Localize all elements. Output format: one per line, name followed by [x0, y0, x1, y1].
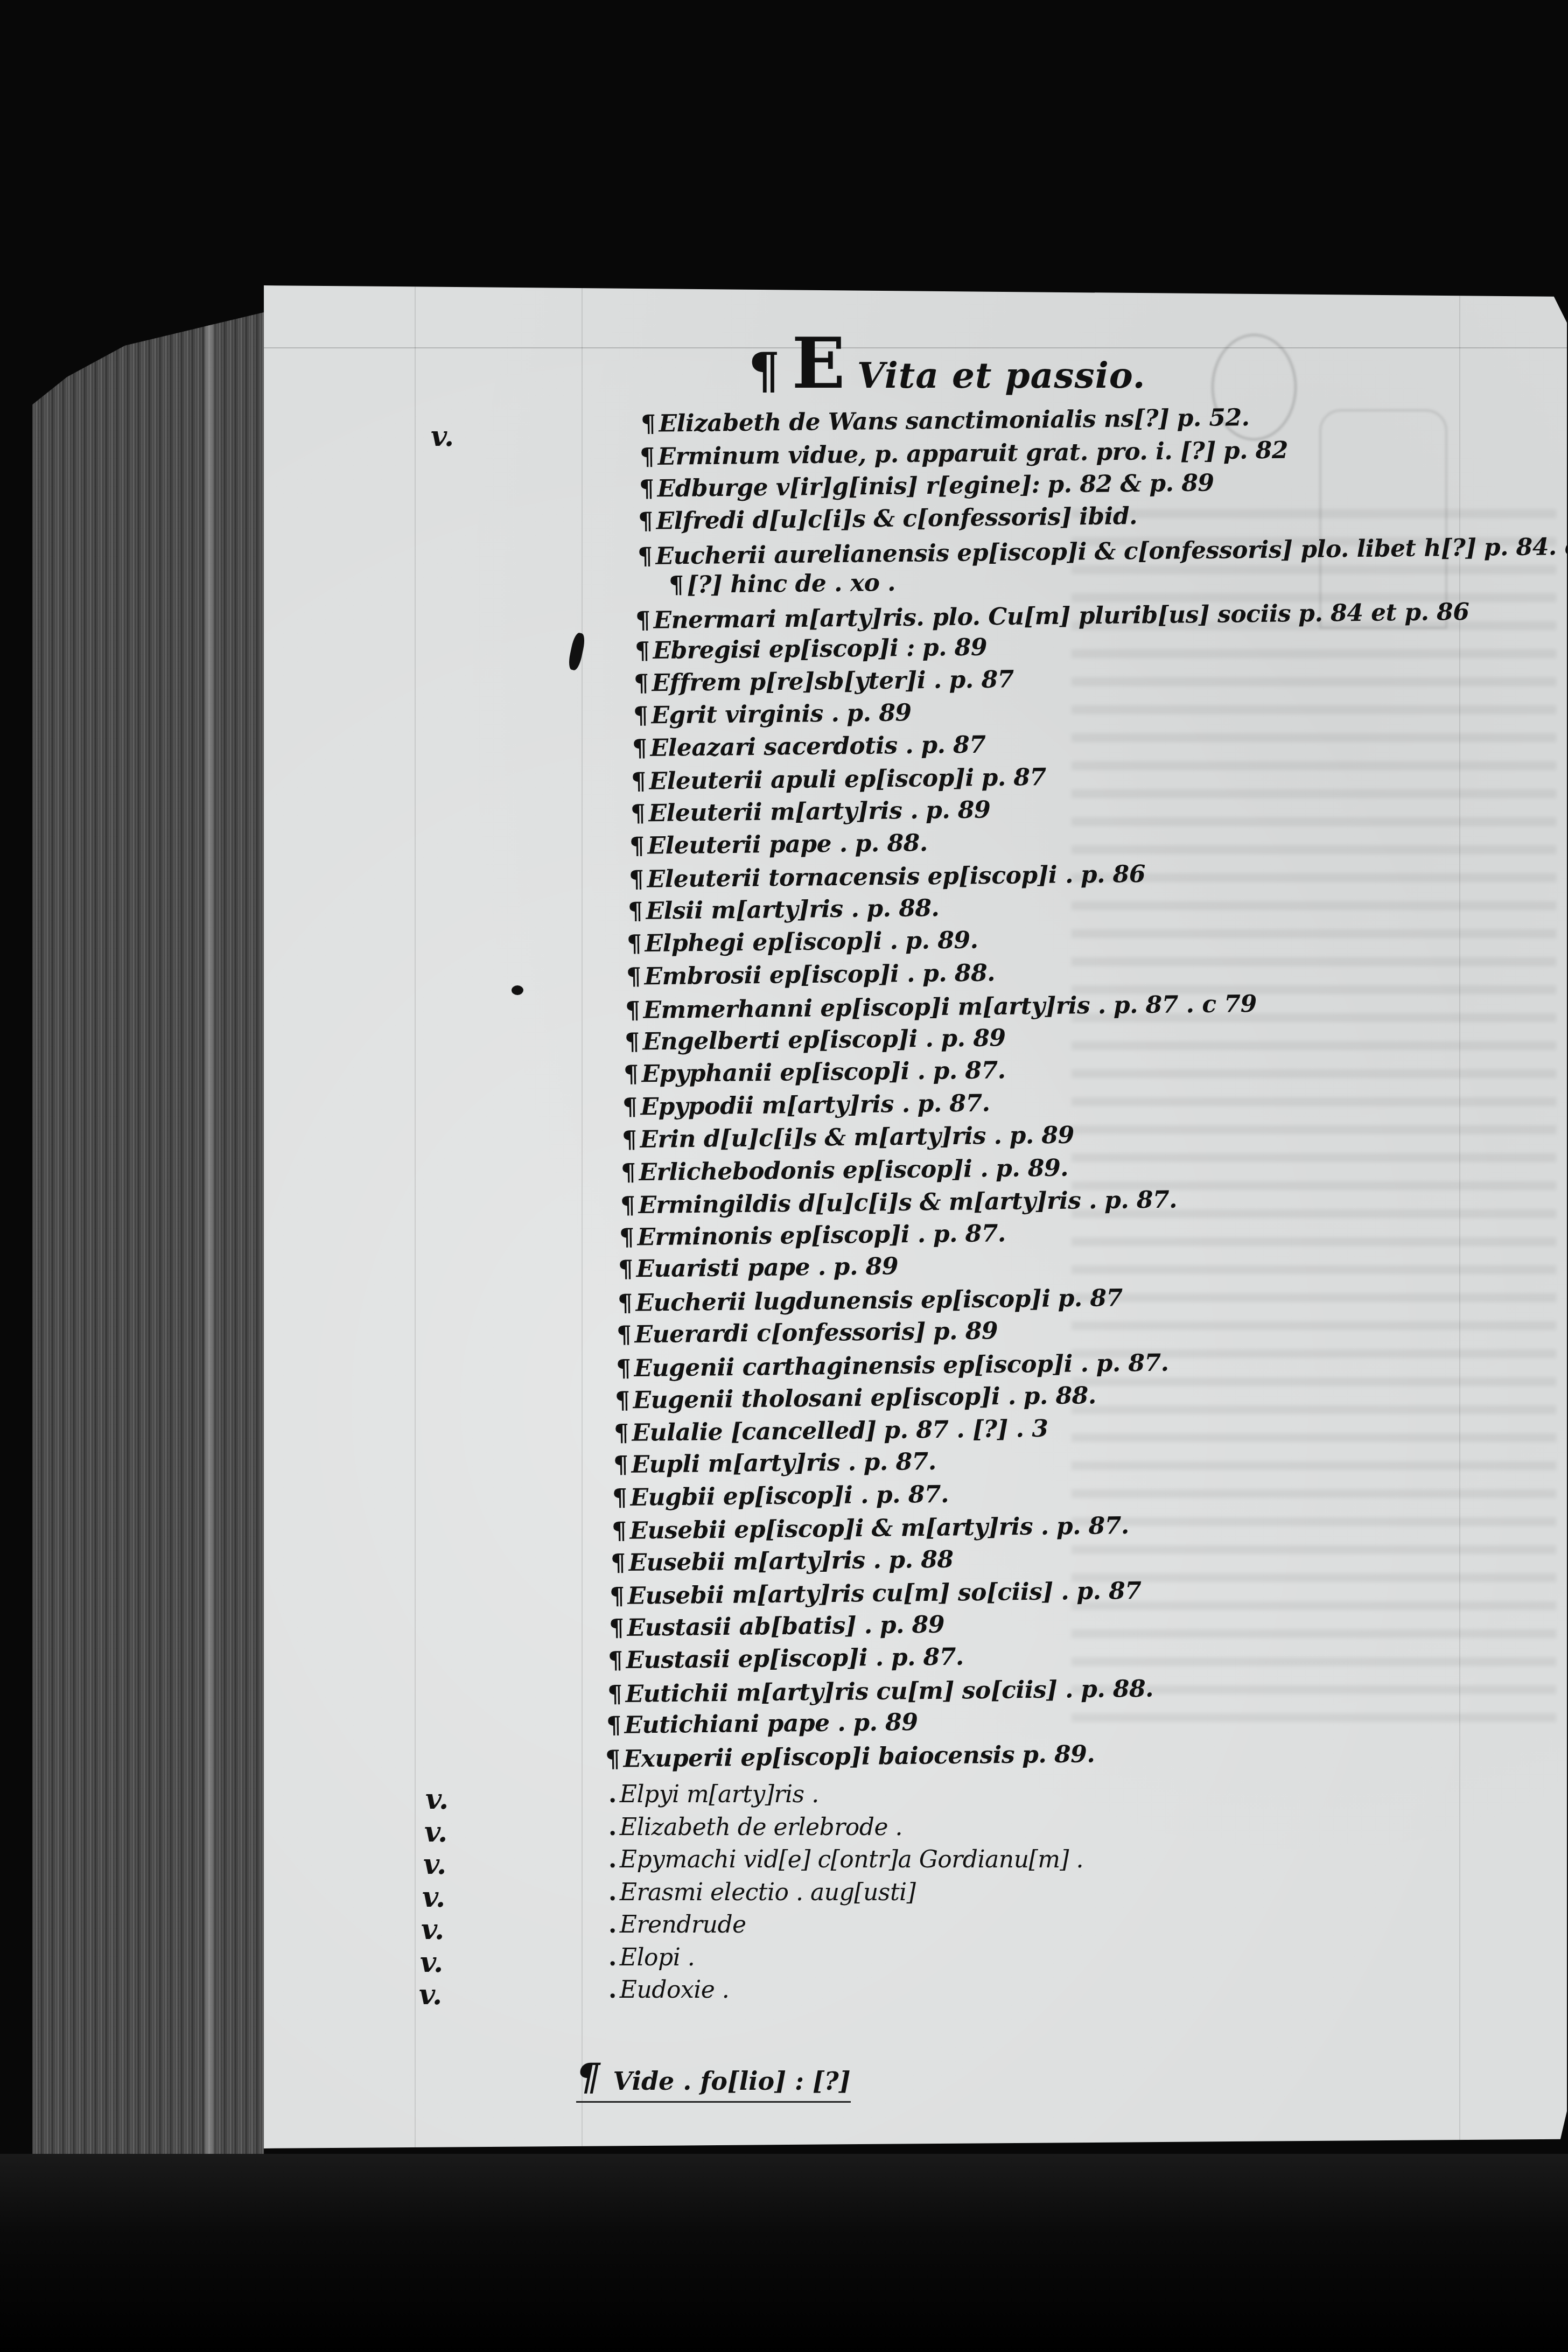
entry-name: Eugbii ep[iscop]i . [630, 1481, 869, 1511]
index-entry: ¶Eleuterii tornacensis ep[iscop]i .p. 86 [629, 863, 1145, 892]
index-entry: ¶Eusebii m[arty]ris .p. 88 [611, 1548, 954, 1576]
index-entry: ¶Eusebii m[arty]ris cu[m] so[ciis] .p. 8… [610, 1579, 1142, 1608]
pilcrow-icon: ¶ [748, 346, 780, 395]
pilcrow-icon: ¶ [620, 1192, 635, 1219]
entry-name: Elizabeth de erlebrode . [620, 1814, 902, 1841]
entry-page-ref: p. 87. [933, 1220, 1005, 1248]
entry-page-ref: p. 88. [855, 829, 927, 857]
entry-name: Emmerhanni ep[iscop]i m[arty]ris . [643, 992, 1106, 1024]
entry-name: Edburge v[ir]g[inis] r[egine]: [657, 471, 1040, 502]
entry-name: Erin d[u]c[i]s & m[arty]ris . [640, 1122, 1002, 1153]
entry-name: Eleuterii apuli ep[iscop]i [649, 764, 974, 795]
entry-name: Eleazari sacerdotis . [650, 732, 913, 762]
pilcrow-icon: ¶ [610, 1583, 625, 1610]
pilcrow-icon: ¶ [608, 1647, 623, 1674]
entry-name: Eucherii lugdunensis ep[iscop]i [635, 1285, 1051, 1317]
entry-name: Epymachi vid[e] c[ontr]a Gordianu[m] . [620, 1846, 1083, 1873]
margin-note: v. [421, 1913, 444, 1946]
entry-page-ref: p. 89 [880, 1611, 945, 1639]
entry-page-ref: p. 88. [866, 894, 939, 922]
pilcrow-icon: ¶ [631, 800, 646, 827]
index-entry: ¶Engelberti ep[iscop]i .p. 89 [625, 1026, 1006, 1054]
pilcrow-icon: ¶ [617, 1321, 632, 1348]
entry-name: Erendrude [620, 1911, 746, 1938]
pilcrow-icon: ¶ [635, 637, 650, 664]
ink-blot [512, 985, 523, 995]
index-entry: ¶Eleuterii apuli ep[iscop]ip. 87 [631, 766, 1046, 794]
entry-page-ref: p. 87. [933, 1056, 1005, 1084]
entry-name: Eleuterii tornacensis ep[iscop]i . [647, 861, 1073, 893]
dark-background [0, 2154, 1568, 2352]
index-entry: ¶Edburge v[ir]g[inis] r[egine]:p. 82 & p… [639, 471, 1214, 501]
pilcrow-icon: ¶ [612, 1484, 627, 1511]
index-entry: ¶Embrosii ep[iscop]i .p. 88. [626, 961, 995, 989]
pilcrow-icon: ¶ [618, 1290, 633, 1317]
entry-page-ref: p. 89 [833, 1252, 898, 1280]
index-entry: ¶Erin d[u]c[i]s & m[arty]ris .p. 89 [622, 1124, 1074, 1152]
index-entry: ¶Eupli m[arty]ris .p. 87. [613, 1450, 936, 1477]
entry-page-ref: p. 84. et p. 89. [1483, 532, 1568, 562]
index-entry: ¶Egrit virginis .p. 89 [633, 701, 912, 727]
entry-name: Eulalie [cancelled] [632, 1417, 876, 1447]
pilcrow-icon: ¶ [605, 1745, 620, 1773]
entry-name: Elizabeth de Wans sanctimonialis ns[?] [659, 405, 1170, 438]
pilcrow-icon: ¶ [615, 1387, 630, 1414]
index-entry: ¶Eugenii carthaginensis ep[iscop]i .p. 8… [616, 1352, 1169, 1381]
index-entry: ¶Eugbii ep[iscop]i .p. 87. [612, 1483, 949, 1510]
entry-page-ref: p. 89. [996, 1154, 1068, 1182]
entry-name: Eleuterii m[arty]ris . [648, 797, 918, 827]
initial-letter: E [792, 328, 845, 398]
index-entry: ¶Eucherii lugdunensis ep[iscop]ip. 87 [618, 1286, 1123, 1315]
margin-note: v. [424, 1816, 447, 1849]
unreferenced-entry: .Erasmi electio . aug[usti] [608, 1881, 915, 1905]
pilcrow-icon: ¶ [669, 571, 684, 599]
entry-name: Erasmi electio . aug[usti] [620, 1879, 915, 1906]
entry-name: Eutichiani pape . [624, 1709, 845, 1739]
entry-page-ref: p. 89 [846, 699, 912, 727]
entry-page-ref: p. 89. [1022, 1740, 1095, 1768]
entry-page-ref: p. 87. [1056, 1512, 1129, 1540]
dot-marker: . [608, 1976, 617, 2004]
index-entry: ¶Eleuterii pape .p. 88. [629, 831, 928, 858]
unreferenced-entry: .Elpyi m[arty]ris . [608, 1783, 819, 1807]
entry-name: Eupli m[arty]ris . [631, 1448, 856, 1478]
pilcrow-icon: ¶ [614, 1419, 629, 1447]
index-entry: ¶Elphegi ep[iscop]i .p. 89. [627, 929, 978, 956]
margin-note: v. [419, 1978, 442, 2011]
pilcrow-icon: ¶ [629, 866, 644, 893]
entry-name: Elpyi m[arty]ris . [620, 1781, 819, 1808]
unreferenced-entry: .Eudoxie . [608, 1978, 729, 2002]
entry-name: Eutichii m[arty]ris cu[m] so[ciis] . [625, 1676, 1073, 1708]
pilcrow-icon: ¶ [627, 930, 642, 957]
entry-page-ref: p. 87. [863, 1448, 936, 1476]
photograph-scene: ¶ E Vita et passio. ¶Elizabeth de Wans s… [0, 0, 1568, 2352]
margin-note: v. [431, 420, 454, 453]
pilcrow-icon: ¶ [606, 1712, 621, 1739]
pilcrow-icon: ¶ [612, 1517, 627, 1545]
entry-page-ref: p. 89 [922, 634, 988, 662]
entry-page-ref: p. 89. [905, 927, 978, 955]
unreferenced-entry: .Elizabeth de erlebrode . [608, 1816, 902, 1839]
entry-name: Eusebii ep[iscop]i & m[arty]ris . [629, 1513, 1049, 1545]
pilcrow-icon: ¶ [625, 1028, 640, 1055]
entry-page-ref: p. 87 [1058, 1284, 1123, 1312]
index-entry: ¶Elsii m[arty]ris .p. 88. [628, 897, 940, 923]
entry-name: Epypodii m[arty]ris . [640, 1090, 910, 1121]
entry-page-ref: p. 84 et p. 86 [1298, 598, 1469, 627]
dot-marker: . [608, 1781, 617, 1808]
index-entry: ¶Epyphanii ep[iscop]i .p. 87. [624, 1059, 1006, 1086]
margin-note: v. [423, 1848, 446, 1881]
entry-name: Eugenii carthaginensis ep[iscop]i . [634, 1350, 1089, 1382]
pilcrow-icon: ¶ [616, 1355, 631, 1382]
pilcrow-icon: ¶ [622, 1093, 638, 1121]
entry-name: Engelberti ep[iscop]i . [642, 1025, 933, 1056]
pilcrow-icon: ¶ [624, 1060, 639, 1088]
pilcrow-icon: ¶ [609, 1614, 624, 1642]
entry-name: [?] hinc de . xo . [687, 569, 895, 599]
entry-page-ref: p. 87 [1076, 1577, 1142, 1605]
index-entry: ¶Eleuterii m[arty]ris .p. 89 [631, 799, 991, 826]
index-entry: ¶Eulalie [cancelled]p. 87 . [?] . 3 [614, 1417, 1048, 1445]
index-entry: ¶Eugenii tholosani ep[iscop]i .p. 88. [615, 1384, 1096, 1412]
index-entry: ¶Elfredi d[u]c[i]s & c[onfessoris]ibid. [638, 505, 1137, 534]
entry-page-ref: p. 87. [1096, 1349, 1168, 1377]
entry-name: Eleuterii pape . [647, 830, 848, 860]
entry-name: Eugenii tholosani ep[iscop]i . [633, 1383, 1016, 1414]
pilcrow-icon: ¶ [619, 1223, 634, 1251]
index-entry: ¶Ermingildis d[u]c[i]s & m[arty]ris .p. … [620, 1188, 1177, 1218]
pilcrow-icon: ¶ [607, 1681, 622, 1708]
index-entry: ¶Epypodii m[arty]ris .p. 87. [622, 1091, 990, 1119]
index-entry: ¶Erlichebodonis ep[iscop]i .p. 89. [621, 1157, 1068, 1185]
footer-cross-reference: ¶ Vide . fo[lio] : [?] [576, 2054, 851, 2103]
entry-name: Ebregisi ep[iscop]i : [653, 634, 915, 664]
dot-marker: . [608, 1911, 617, 1938]
index-entry: ¶Eusebii ep[iscop]i & m[arty]ris .p. 87. [612, 1514, 1129, 1543]
entry-name: Eudoxie . [620, 1976, 730, 2004]
margin-note: v. [422, 1881, 445, 1914]
entry-name: Elfredi d[u]c[i]s & c[onfessoris] [656, 503, 1072, 535]
margin-note: v. [425, 1783, 449, 1816]
pilcrow-icon: ¶ [631, 768, 646, 795]
entry-name: Eustasii ep[iscop]i . [626, 1644, 884, 1674]
ruling-line [582, 285, 583, 2148]
pilcrow-icon: ¶ [621, 1159, 636, 1186]
pilcrow-icon: ¶ [639, 475, 654, 502]
page-heading: ¶ E Vita et passio. [748, 328, 1146, 398]
entry-page-ref: p. 89 [933, 1317, 998, 1345]
entry-name: Eusebii m[arty]ris cu[m] so[ciis] . [627, 1578, 1069, 1610]
pilcrow-icon: ¶ [611, 1549, 626, 1577]
dot-marker: . [608, 1944, 617, 1971]
index-entry: ¶Emmerhanni ep[iscop]i m[arty]ris .p. 87… [625, 992, 1257, 1023]
entry-page-ref: p. 82 & p. 89 [1047, 469, 1214, 498]
entry-name: Euaristi pape . [636, 1254, 826, 1283]
entry-page-ref: p. 89 [941, 1024, 1006, 1052]
index-entry: ¶Eustasii ab[batis] .p. 89 [609, 1613, 944, 1641]
dot-marker: . [608, 1879, 617, 1906]
index-entry: ¶Effrem p[re]sb[yter]i .p. 87 [634, 668, 1014, 695]
entry-page-ref: p. 87 . c 79 [1113, 990, 1256, 1019]
entry-name: Eusebii m[arty]ris . [628, 1546, 881, 1577]
pilcrow-icon: ¶ [626, 963, 641, 990]
entry-name: Elphegi ep[iscop]i . [645, 927, 898, 957]
entry-name: Egrit virginis . [651, 700, 839, 730]
pilcrow-icon: ¶ [613, 1451, 628, 1479]
entry-page-ref: p. 87. [891, 1643, 964, 1671]
unreferenced-entry: .Erendrude [608, 1913, 746, 1937]
pilcrow-icon: ¶ [640, 443, 655, 471]
index-entry: ¶Ebregisi ep[iscop]i :p. 89 [635, 636, 987, 663]
footer-text: Vide . fo[lio] : [?] [613, 2067, 851, 2096]
entry-name: Exuperii ep[iscop]i baiocensis [623, 1741, 1014, 1773]
entry-name: Elopi . [620, 1944, 695, 1971]
manuscript-page: ¶ E Vita et passio. ¶Elizabeth de Wans s… [264, 285, 1567, 2148]
entry-page-ref: p. 87. [917, 1089, 990, 1117]
entry-name: Euerardi c[onfessoris] [634, 1318, 926, 1349]
entry-page-ref: p. 89 [853, 1709, 918, 1737]
entry-page-ref: p. 87. [876, 1481, 949, 1509]
margin-note: v. [420, 1946, 443, 1979]
index-entry: ¶Erminonis ep[iscop]i .p. 87. [619, 1222, 1006, 1250]
entry-page-ref: p. 87 [921, 731, 986, 759]
pilcrow-icon: ¶ [576, 2054, 600, 2099]
index-entry: ¶Eutichii m[arty]ris cu[m] so[ciis] .p. … [607, 1677, 1153, 1707]
entry-page-ref: p. 88. [1023, 1382, 1096, 1410]
ruling-line [415, 285, 416, 2148]
dot-marker: . [608, 1814, 617, 1841]
entry-page-ref: p. 86 [1081, 860, 1146, 888]
index-entry: ¶Euerardi c[onfessoris]p. 89 [617, 1319, 998, 1347]
pilcrow-icon: ¶ [632, 734, 647, 762]
index-entry: ¶Eustasii ep[iscop]i .p. 87. [608, 1646, 964, 1673]
unreferenced-entry: .Elopi . [608, 1946, 695, 1970]
entry-page-ref: p. 88 [888, 1546, 954, 1574]
pilcrow-icon: ¶ [634, 669, 649, 697]
pilcrow-icon: ¶ [641, 410, 656, 438]
entry-page-ref [903, 569, 904, 597]
entry-page-ref: p. 88. [1081, 1675, 1153, 1703]
bleed-through-initial-box [1319, 409, 1447, 629]
pilcrow-icon: ¶ [633, 702, 648, 729]
book-page-edges [32, 312, 264, 2159]
entry-name: Erlichebodonis ep[iscop]i . [639, 1155, 988, 1186]
index-entry: ¶Eleazari sacerdotis .p. 87 [632, 733, 986, 761]
pilcrow-icon: ¶ [638, 543, 653, 570]
entry-page-ref: p. 89 [926, 796, 991, 824]
dot-marker: . [608, 1846, 617, 1873]
entry-page-ref: p. 87 [981, 764, 1046, 792]
pilcrow-icon: ¶ [618, 1255, 633, 1283]
entry-name: Effrem p[re]sb[yter]i . [652, 667, 942, 697]
pilcrow-icon: ¶ [635, 607, 650, 634]
pilcrow-icon: ¶ [622, 1126, 637, 1153]
entry-page-ref: p. 87 . [?] . 3 [884, 1415, 1048, 1444]
entry-name: Epyphanii ep[iscop]i . [641, 1058, 926, 1088]
entry-page-ref: ibid. [1079, 502, 1137, 530]
entry-page-ref: p. 88. [922, 959, 995, 987]
entry-name: Eustasii ab[batis] . [627, 1612, 872, 1642]
heading-title: Vita et passio. [857, 354, 1146, 396]
entry-page-ref: p. 82 [1223, 437, 1289, 465]
index-entry: ¶[?] hinc de . xo . [669, 571, 903, 598]
index-entry: ¶Elizabeth de Wans sanctimonialis ns[?]p… [641, 406, 1250, 436]
index-entry: ¶Exuperii ep[iscop]i baiocensisp. 89. [605, 1742, 1095, 1772]
entry-name: Erminum vidue, p. apparuit grat. pro. i.… [657, 437, 1216, 471]
entry-page-ref: p. 52. [1177, 404, 1249, 432]
index-entry: ¶Euaristi pape .p. 89 [618, 1255, 898, 1281]
entry-page-ref: p. 87 [949, 666, 1014, 694]
ink-blot [567, 632, 586, 671]
pilcrow-icon: ¶ [638, 508, 653, 535]
entry-name: Elsii m[arty]ris . [646, 895, 859, 925]
entry-page-ref: p. 89 [1009, 1122, 1074, 1150]
entry-name: Erminonis ep[iscop]i . [637, 1221, 926, 1251]
bleed-through-text [1072, 490, 1556, 1728]
index-entry: ¶Erminum vidue, p. apparuit grat. pro. i… [640, 439, 1288, 470]
pilcrow-icon: ¶ [629, 832, 645, 860]
pilcrow-icon: ¶ [628, 898, 643, 925]
pilcrow-icon: ¶ [625, 997, 640, 1024]
index-entry: ¶Eutichiani pape .p. 89 [606, 1711, 918, 1738]
entry-name: Embrosii ep[iscop]i . [644, 960, 915, 990]
unreferenced-entry: .Epymachi vid[e] c[ontr]a Gordianu[m] . [608, 1848, 1083, 1872]
entry-page-ref: p. 87. [1104, 1186, 1177, 1214]
entry-name: Ermingildis d[u]c[i]s & m[arty]ris . [638, 1187, 1097, 1219]
